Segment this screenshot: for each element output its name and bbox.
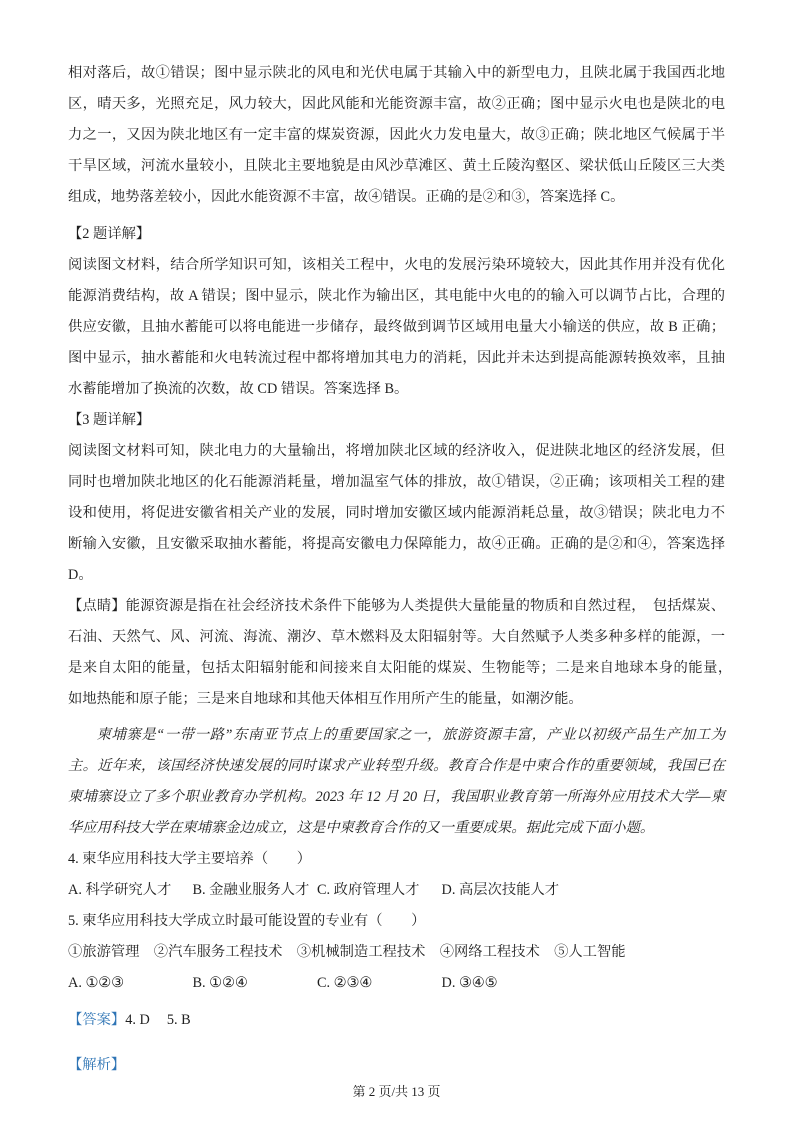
question-5-option-a: A. ①②③ <box>68 968 193 999</box>
answer-line: 【答案】4. D5. B <box>68 1005 725 1036</box>
section-heading-q3-explanation: 【3 题详解】 <box>68 405 725 436</box>
explanation-paragraph-q2: 阅读图文材料，结合所学知识可知，该相关工程中，火电的发展污染环境较大，因此其作用… <box>68 250 725 405</box>
document-page: 相对落后，故①错误；图中显示陕北的风电和光伏电属于其输入中的新型电力，且陕北属于… <box>0 0 793 1122</box>
question-4-stem: 4. 柬华应用科技大学主要培养（ ） <box>68 844 725 875</box>
question-5-stem: 5. 柬华应用科技大学成立时最可能设置的专业有（ ） <box>68 906 725 937</box>
analysis-label: 【解析】 <box>68 1050 725 1081</box>
explanation-paragraph-q1-continuation: 相对落后，故①错误；图中显示陕北的风电和光伏电属于其输入中的新型电力，且陕北属于… <box>68 58 725 213</box>
page-number-footer: 第 2 页/共 13 页 <box>0 1083 793 1101</box>
question-5-options: A. ①②③ B. ①②④ C. ②③④ D. ③④⑤ <box>68 968 725 999</box>
question-4-option-a: A. 科学研究人才 <box>68 875 193 906</box>
explanation-paragraph-q3: 阅读图文材料可知，陕北电力的大量输出，将增加陕北区域的经济收入，促进陕北地区的经… <box>68 436 725 591</box>
question-4-option-d: D. 高层次技能人才 <box>442 875 726 906</box>
answer-value-q5: 5. B <box>167 1012 191 1028</box>
answer-value-q4: 4. D <box>125 1012 150 1028</box>
question-5-option-b: B. ①②④ <box>193 968 318 999</box>
reading-material-paragraph: 柬埔寨是“一带一路”东南亚节点上的重要国家之一，旅游资源丰富，产业以初级产品生产… <box>68 720 725 844</box>
question-5-option-d: D. ③④⑤ <box>442 968 726 999</box>
question-4-option-c: C. 政府管理人才 <box>317 875 442 906</box>
section-heading-q2-explanation: 【2 题详解】 <box>68 219 725 250</box>
question-5-numbered-items: ①旅游管理 ②汽车服务工程技术 ③机械制造工程技术 ④网络工程技术 ⑤人工智能 <box>68 937 725 968</box>
answer-label: 【答案】 <box>68 1012 125 1028</box>
question-4-options: A. 科学研究人才 B. 金融业服务人才 C. 政府管理人才 D. 高层次技能人… <box>68 875 725 906</box>
question-5-option-c: C. ②③④ <box>317 968 442 999</box>
question-4-option-b: B. 金融业服务人才 <box>193 875 318 906</box>
key-tips-paragraph: 【点睛】能源资源是指在社会经济技术条件下能够为人类提供大量能量的物质和自然过程，… <box>68 591 725 715</box>
